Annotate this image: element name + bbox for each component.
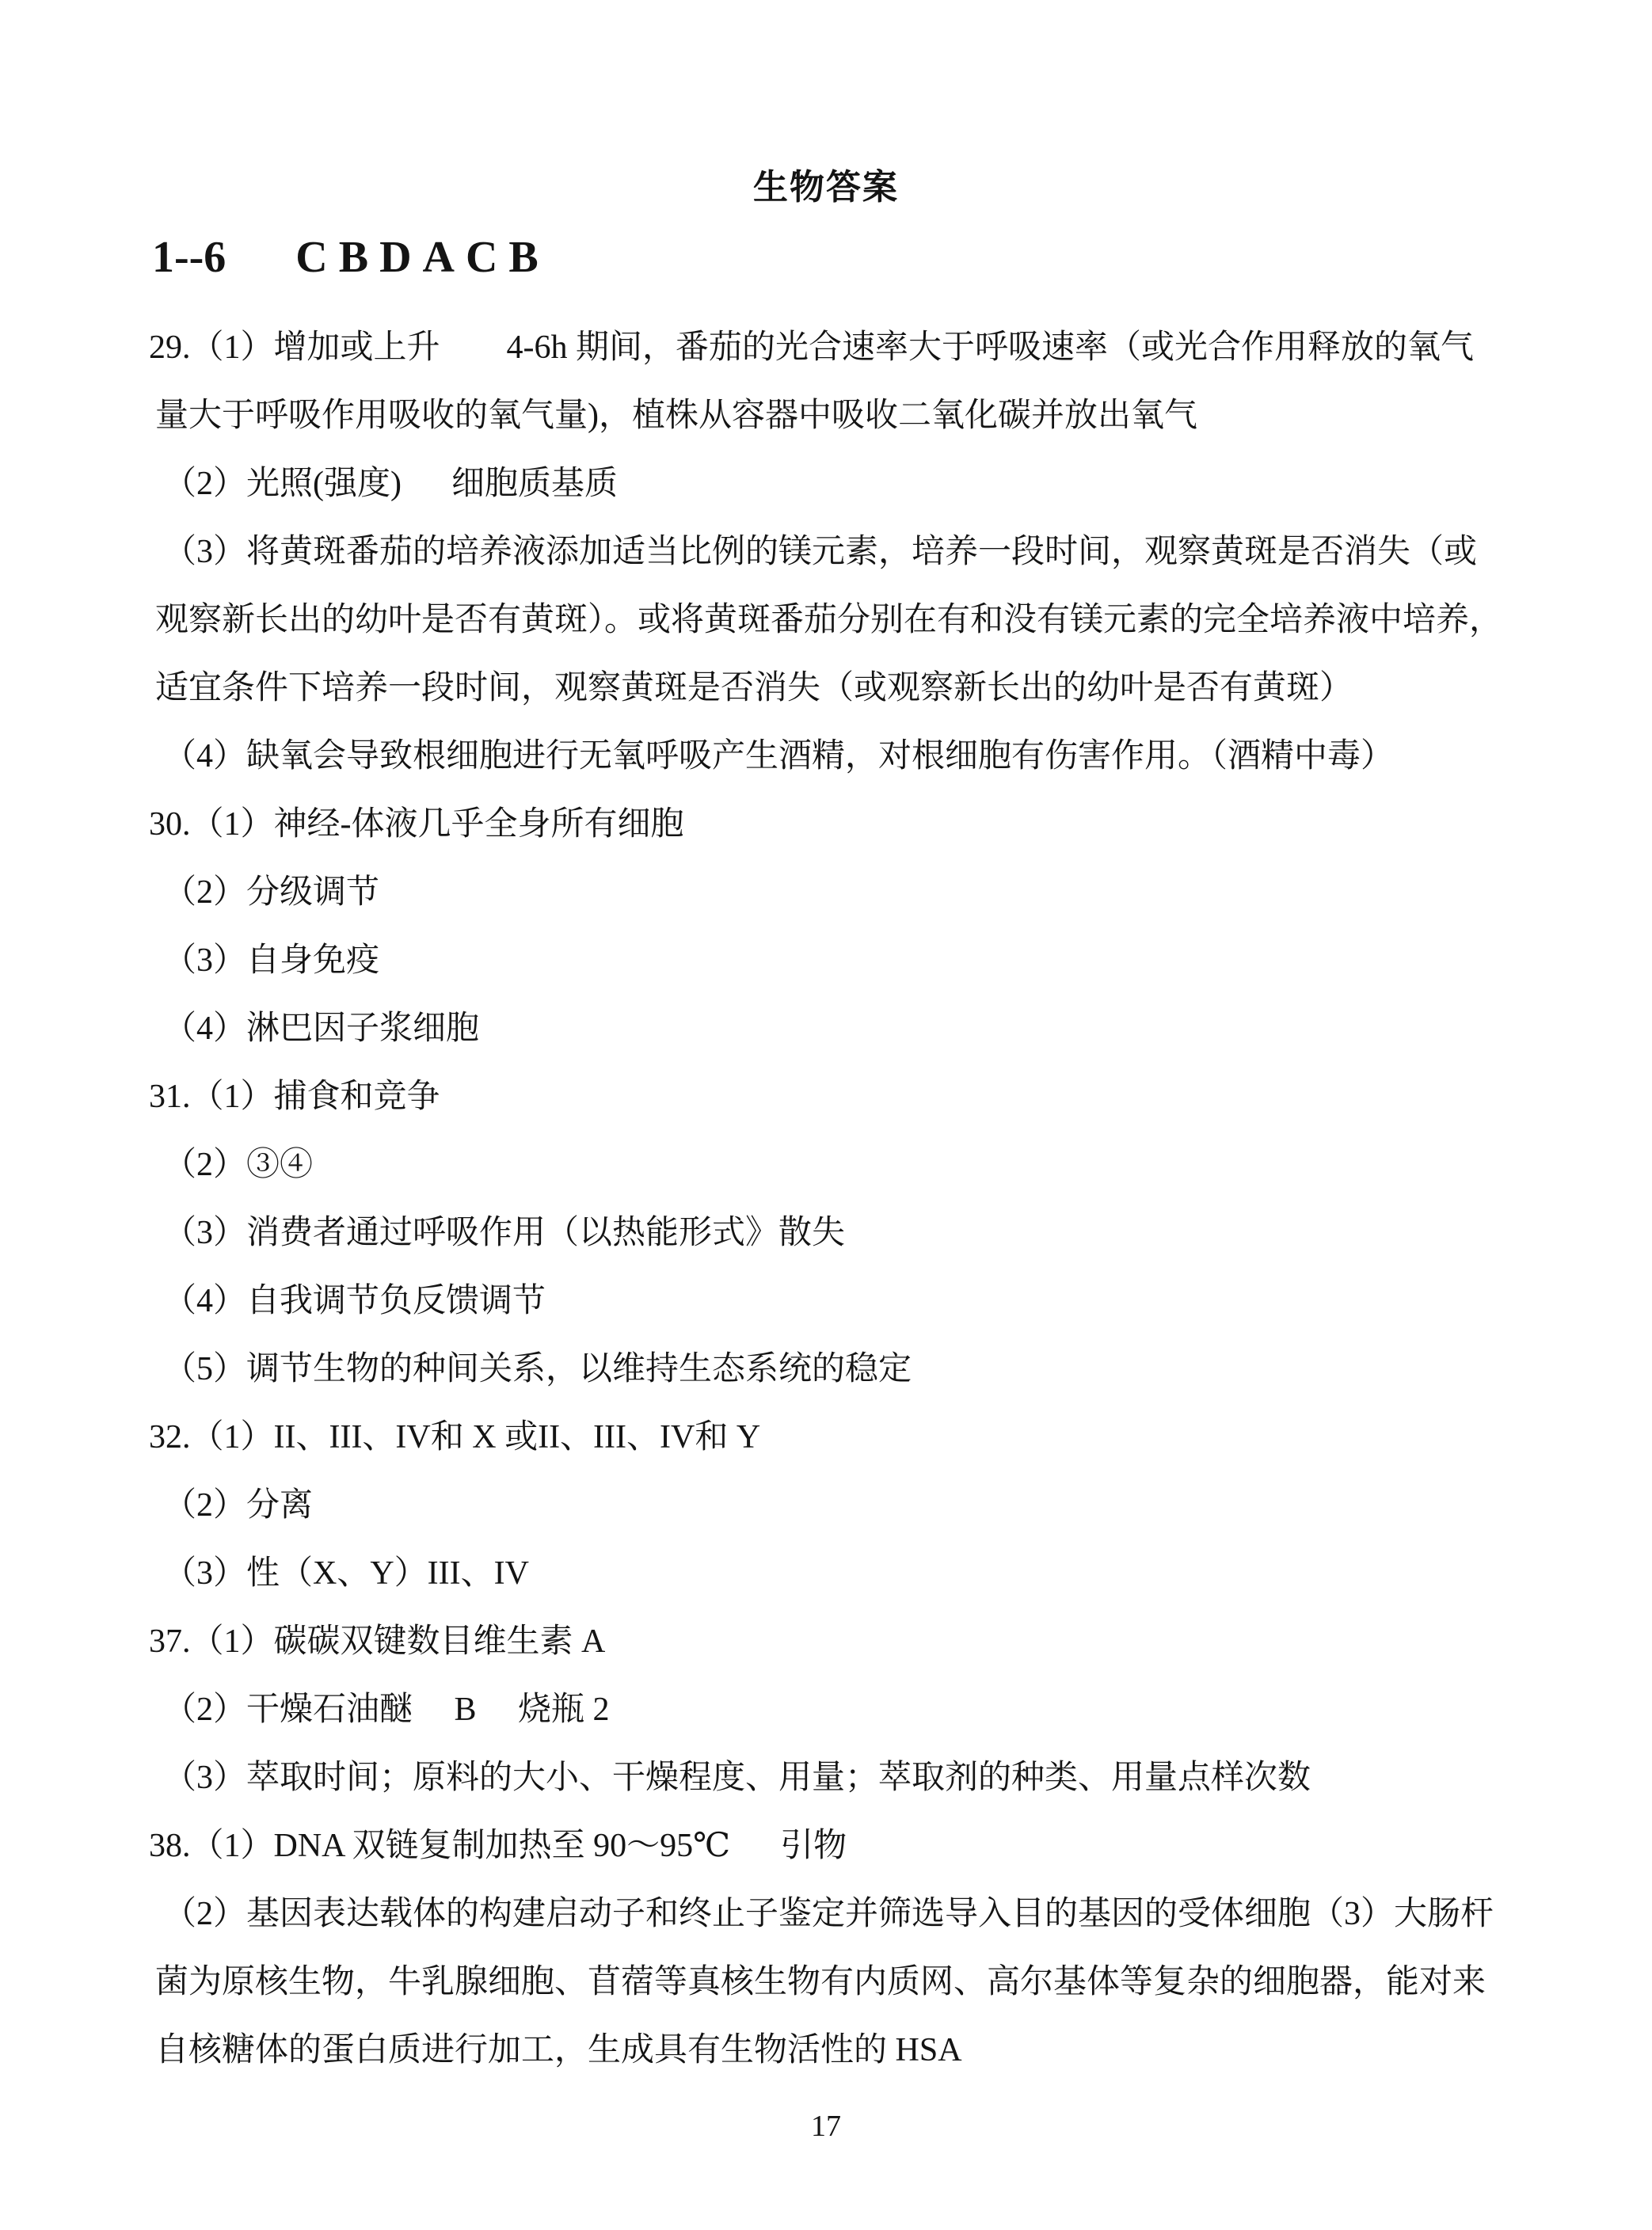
page-number: 17 (0, 2106, 1652, 2146)
answer-line-q38-2b: 菌为原核生物，牛乳腺细胞、苜蓿等真核生物有内质网、高尔基体等复杂的细胞器，能对来 (155, 1948, 1652, 2016)
answer-line-q29-1b: 量大于呼吸作用吸收的氧气量)，植株从容器中吸收二氧化碳并放出氧气 (155, 382, 1652, 450)
answer-line-q37-2: （2）干燥石油醚 B 烧瓶 2 (163, 1676, 1652, 1744)
answer-line-q30-2: （2）分级调节 (163, 858, 1652, 927)
answer-line-q32-1: 32.（1）II、III、IV和 X 或II、III、IV和 Y (149, 1403, 1652, 1471)
answer-line-q37-3: （3）萃取时间；原料的大小、干燥程度、用量；萃取剂的种类、用量点样次数 (163, 1744, 1652, 1812)
answer-line-q29-3b: 观察新长出的幼叶是否有黄斑）。或将黄斑番茄分别在有和没有镁元素的完全培养液中培养… (155, 586, 1652, 654)
answer-line-q29-1: 29.（1）增加或上升 4-6h 期间，番茄的光合速率大于呼吸速率（或光合作用释… (149, 314, 1652, 382)
answer-line-q30-4: （4）淋巴因子浆细胞 (163, 995, 1652, 1063)
answer-line-q32-3: （3）性（X、Y）III、IV (163, 1539, 1652, 1608)
answer-line-q38-1: 38.（1）DNA 双链复制加热至 90～95℃ 引物 (149, 1812, 1652, 1880)
answer-line-q30-3: （3）自身免疫 (163, 927, 1652, 995)
answer-line-q31-3: （3）消费者通过呼吸作用（以热能形式》散失 (163, 1199, 1652, 1267)
answer-line-q38-2c: 自核糖体的蛋白质进行加工，生成具有生物活性的 HSA (155, 2016, 1652, 2084)
answer-line-q29-3: （3）将黄斑番茄的培养液添加适当比例的镁元素，培养一段时间，观察黄斑是否消失（或 (163, 518, 1652, 586)
answer-line-q32-2: （2）分离 (163, 1471, 1652, 1539)
multiple-choice-answer-line: 1--6CBDACB (152, 233, 1652, 282)
document-page: 生物答案 1--6CBDACB 29.（1）增加或上升 4-6h 期间，番茄的光… (0, 0, 1652, 2230)
answer-line-q37-1: 37.（1）碳碳双键数目维生素 A (149, 1608, 1652, 1676)
answer-line-q29-4: （4）缺氧会导致根细胞进行无氧呼吸产生酒精，对根细胞有伤害作用。（酒精中毒） (163, 722, 1652, 790)
answer-line-q31-1: 31.（1）捕食和竞争 (149, 1063, 1652, 1131)
answer-line-q31-2: （2）③④ (163, 1131, 1652, 1199)
choice-answers: CBDACB (295, 233, 549, 282)
answer-line-q30-1: 30.（1）神经-体液几乎全身所有细胞 (149, 790, 1652, 858)
answer-line-q38-2: （2）基因表达载体的构建启动子和终止子鉴定并筛选导入目的基因的受体细胞（3）大肠… (163, 1880, 1652, 1948)
page-title: 生物答案 (0, 168, 1652, 207)
answer-lines: 29.（1）增加或上升 4-6h 期间，番茄的光合速率大于呼吸速率（或光合作用释… (0, 314, 1652, 2084)
question-range: 1--6 (152, 233, 226, 282)
answer-line-q31-5: （5）调节生物的种间关系，以维持生态系统的稳定 (163, 1335, 1652, 1403)
answer-line-q29-2: （2）光照(强度) 细胞质基质 (163, 450, 1652, 518)
answer-line-q29-3c: 适宜条件下培养一段时间，观察黄斑是否消失（或观察新长出的幼叶是否有黄斑） (155, 654, 1652, 722)
answer-line-q31-4: （4）自我调节负反馈调节 (163, 1267, 1652, 1335)
